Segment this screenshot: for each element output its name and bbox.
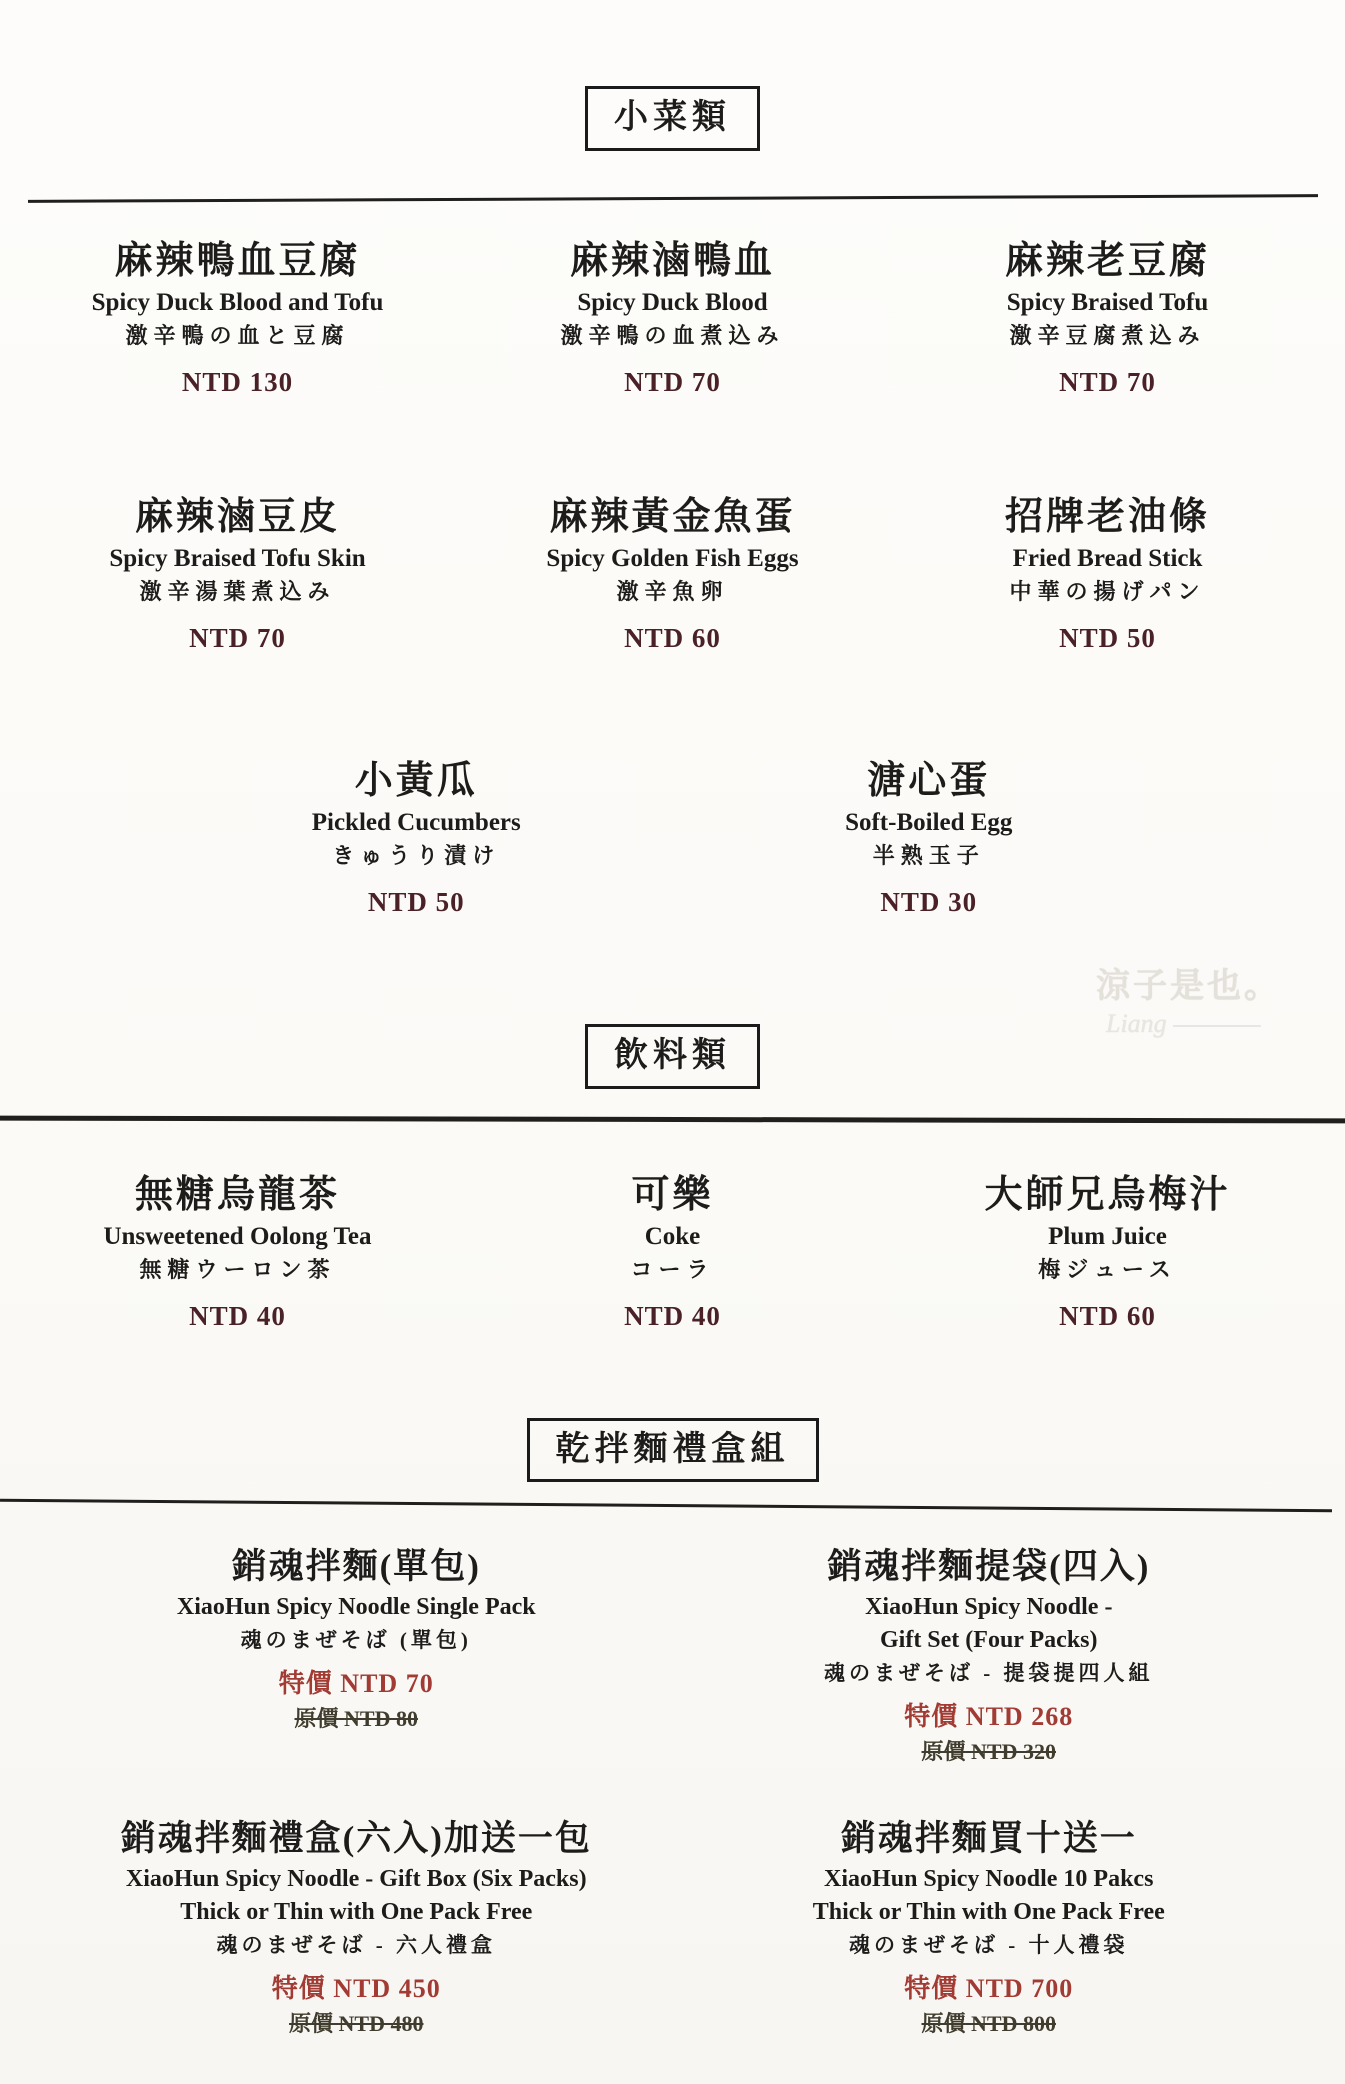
original-price-label: 原價 [295, 1706, 339, 1731]
item-name-en: XiaoHun Spicy Noodle Single Pack [40, 1591, 673, 1624]
watermark-text-cjk: 涼子是也。 [1096, 958, 1281, 1007]
menu-page: 小菜類 麻辣鴨血豆腐 Spicy Duck Blood and Tofu 激辛鴨… [0, 0, 1345, 2084]
item-name-ja: きゅうり漬け [160, 840, 673, 872]
original-price-value: NTD 480 [339, 2011, 424, 2036]
special-price-value: NTD 450 [333, 1974, 440, 2003]
divider-rule-gift-sets [0, 1499, 1332, 1512]
divider-rule-drinks [0, 1115, 1345, 1123]
item-price: NTD 50 [890, 620, 1325, 656]
section-title-drinks: 飲料類 [585, 1024, 760, 1089]
item-name-en: XiaoHun Spicy Noodle - [673, 1591, 1306, 1624]
item-name-zh: 麻辣老豆腐 [890, 236, 1325, 286]
item-name-ja: 無糖ウーロン茶 [20, 1254, 455, 1286]
original-price-label: 原價 [289, 2011, 333, 2036]
original-price-label: 原價 [922, 1739, 966, 1764]
item-special-price: 特價 NTD 450 [40, 1969, 673, 2009]
item-name-en: Soft-Boiled Egg [673, 806, 1186, 840]
menu-item-braised-tofu: 麻辣老豆腐 Spicy Braised Tofu 激辛豆腐煮込み NTD 70 [890, 236, 1325, 400]
item-price: NTD 70 [455, 364, 890, 400]
item-name-zh: 可樂 [455, 1170, 890, 1220]
special-price-label: 特價 [904, 1974, 958, 2003]
menu-item-noodle-gift-set-four: 銷魂拌麵提袋(四入) XiaoHun Spicy Noodle - Gift S… [673, 1543, 1306, 1767]
menu-item-noodle-single-pack: 銷魂拌麵(單包) XiaoHun Spicy Noodle Single Pac… [40, 1543, 673, 1734]
item-name-ja: 魂のまぜそば - 十人禮袋 [673, 1929, 1306, 1961]
item-name-ja: 魂のまぜそば - 提袋提四人組 [673, 1657, 1306, 1689]
item-name-ja: 梅ジュース [890, 1254, 1325, 1286]
item-name-zh: 銷魂拌麵提袋(四入) [673, 1543, 1306, 1591]
item-special-price: 特價 NTD 700 [673, 1969, 1306, 2009]
item-name-ja: 激辛魚卵 [455, 576, 890, 608]
item-price: NTD 30 [673, 884, 1186, 920]
item-price: NTD 40 [20, 1298, 455, 1334]
item-name-en2: Gift Set (Four Packs) [673, 1624, 1306, 1657]
item-name-zh: 招牌老油條 [890, 492, 1325, 542]
menu-item-plum-juice: 大師兄烏梅汁 Plum Juice 梅ジュース NTD 60 [890, 1170, 1325, 1334]
section-title-gift-sets: 乾拌麵禮盒組 [527, 1418, 819, 1483]
item-name-en: Unsweetened Oolong Tea [20, 1220, 455, 1254]
item-original-price: 原價 NTD 80 [40, 1704, 673, 1734]
item-name-en: Plum Juice [890, 1220, 1325, 1254]
side-dishes-row-1: 麻辣鴨血豆腐 Spicy Duck Blood and Tofu 激辛鴨の血と豆… [0, 236, 1345, 400]
gift-sets-row-2: 銷魂拌麵禮盒(六入)加送一包 XiaoHun Spicy Noodle - Gi… [0, 1815, 1345, 2039]
section-title-side-dishes: 小菜類 [585, 86, 760, 151]
menu-item-tofu-skin: 麻辣滷豆皮 Spicy Braised Tofu Skin 激辛湯葉煮込み NT… [20, 492, 455, 656]
item-name-en: Spicy Duck Blood [455, 286, 890, 320]
special-price-value: NTD 268 [966, 1702, 1073, 1731]
item-name-zh: 麻辣黃金魚蛋 [455, 492, 890, 542]
item-name-zh: 無糖烏龍茶 [20, 1170, 455, 1220]
menu-item-soft-boiled-egg: 溏心蛋 Soft-Boiled Egg 半熟玉子 NTD 30 [673, 756, 1186, 920]
item-special-price: 特價 NTD 268 [673, 1697, 1306, 1737]
menu-item-noodle-gift-box-six: 銷魂拌麵禮盒(六入)加送一包 XiaoHun Spicy Noodle - Gi… [40, 1815, 673, 2039]
special-price-value: NTD 70 [340, 1669, 433, 1698]
item-price: NTD 60 [890, 1298, 1325, 1334]
item-original-price: 原價 NTD 480 [40, 2009, 673, 2039]
item-name-en: Fried Bread Stick [890, 542, 1325, 576]
item-original-price: 原價 NTD 800 [673, 2009, 1306, 2039]
item-name-en: Coke [455, 1220, 890, 1254]
item-price: NTD 70 [890, 364, 1325, 400]
gift-sets-row-1: 銷魂拌麵(單包) XiaoHun Spicy Noodle Single Pac… [0, 1543, 1345, 1767]
item-name-en: XiaoHun Spicy Noodle 10 Pakcs [673, 1863, 1306, 1896]
original-price-label: 原價 [922, 2011, 966, 2036]
item-name-ja: 激辛豆腐煮込み [890, 320, 1325, 352]
item-name-zh: 麻辣滷豆皮 [20, 492, 455, 542]
item-name-zh: 麻辣鴨血豆腐 [20, 236, 455, 286]
item-price: NTD 60 [455, 620, 890, 656]
original-price-value: NTD 320 [971, 1739, 1056, 1764]
item-name-ja: コーラ [455, 1254, 890, 1286]
item-name-zh: 銷魂拌麵買十送一 [673, 1815, 1306, 1863]
item-name-en: Pickled Cucumbers [160, 806, 673, 840]
menu-item-noodle-ten-packs: 銷魂拌麵買十送一 XiaoHun Spicy Noodle 10 Pakcs T… [673, 1815, 1306, 2039]
watermark-signature: Liang [1096, 1009, 1281, 1039]
item-name-ja: 激辛鴨の血と豆腐 [20, 320, 455, 352]
item-name-en: Spicy Duck Blood and Tofu [20, 286, 455, 320]
original-price-value: NTD 800 [971, 2011, 1056, 2036]
menu-item-coke: 可樂 Coke コーラ NTD 40 [455, 1170, 890, 1334]
menu-item-fish-eggs: 麻辣黃金魚蛋 Spicy Golden Fish Eggs 激辛魚卵 NTD 6… [455, 492, 890, 656]
special-price-label: 特價 [279, 1669, 333, 1698]
section-header-gift-sets: 乾拌麵禮盒組 [0, 1418, 1345, 1483]
photo-watermark: 涼子是也。 Liang [1096, 958, 1281, 1039]
menu-item-duck-blood-tofu: 麻辣鴨血豆腐 Spicy Duck Blood and Tofu 激辛鴨の血と豆… [20, 236, 455, 400]
item-name-zh: 麻辣滷鴨血 [455, 236, 890, 286]
item-name-en2: Thick or Thin with One Pack Free [40, 1896, 673, 1929]
divider-rule-top [27, 194, 1317, 203]
special-price-label: 特價 [904, 1702, 958, 1731]
item-name-zh: 銷魂拌麵禮盒(六入)加送一包 [40, 1815, 673, 1863]
item-price: NTD 40 [455, 1298, 890, 1334]
menu-item-fried-bread-stick: 招牌老油條 Fried Bread Stick 中華の揚げパン NTD 50 [890, 492, 1325, 656]
item-price: NTD 70 [20, 620, 455, 656]
item-name-zh: 銷魂拌麵(單包) [40, 1543, 673, 1591]
item-name-en: Spicy Golden Fish Eggs [455, 542, 890, 576]
item-special-price: 特價 NTD 70 [40, 1664, 673, 1704]
drinks-row: 無糖烏龍茶 Unsweetened Oolong Tea 無糖ウーロン茶 NTD… [0, 1170, 1345, 1334]
item-name-ja: 魂のまぜそば - 六人禮盒 [40, 1929, 673, 1961]
item-name-en2: Thick or Thin with One Pack Free [673, 1896, 1306, 1929]
item-name-ja: 激辛湯葉煮込み [20, 576, 455, 608]
item-name-zh: 大師兄烏梅汁 [890, 1170, 1325, 1220]
item-name-ja: 半熟玉子 [673, 840, 1186, 872]
item-price: NTD 50 [160, 884, 673, 920]
watermark-signature-text: Liang [1106, 1009, 1167, 1038]
item-name-en: XiaoHun Spicy Noodle - Gift Box (Six Pac… [40, 1863, 673, 1896]
section-header-side-dishes: 小菜類 [0, 0, 1345, 151]
special-price-label: 特價 [272, 1974, 326, 2003]
item-name-ja: 激辛鴨の血煮込み [455, 320, 890, 352]
side-dishes-row-3: 小黃瓜 Pickled Cucumbers きゅうり漬け NTD 50 溏心蛋 … [160, 756, 1185, 920]
side-dishes-row-2: 麻辣滷豆皮 Spicy Braised Tofu Skin 激辛湯葉煮込み NT… [0, 492, 1345, 656]
item-original-price: 原價 NTD 320 [673, 1737, 1306, 1767]
item-name-en: Spicy Braised Tofu Skin [20, 542, 455, 576]
item-name-zh: 溏心蛋 [673, 756, 1186, 806]
item-name-zh: 小黃瓜 [160, 756, 673, 806]
item-price: NTD 130 [20, 364, 455, 400]
menu-item-oolong-tea: 無糖烏龍茶 Unsweetened Oolong Tea 無糖ウーロン茶 NTD… [20, 1170, 455, 1334]
original-price-value: NTD 80 [344, 1706, 418, 1731]
menu-item-duck-blood: 麻辣滷鴨血 Spicy Duck Blood 激辛鴨の血煮込み NTD 70 [455, 236, 890, 400]
menu-item-pickled-cucumbers: 小黃瓜 Pickled Cucumbers きゅうり漬け NTD 50 [160, 756, 673, 920]
item-name-ja: 中華の揚げパン [890, 576, 1325, 608]
item-name-en: Spicy Braised Tofu [890, 286, 1325, 320]
special-price-value: NTD 700 [966, 1974, 1073, 2003]
item-name-ja: 魂のまぜそば (單包) [40, 1624, 673, 1656]
